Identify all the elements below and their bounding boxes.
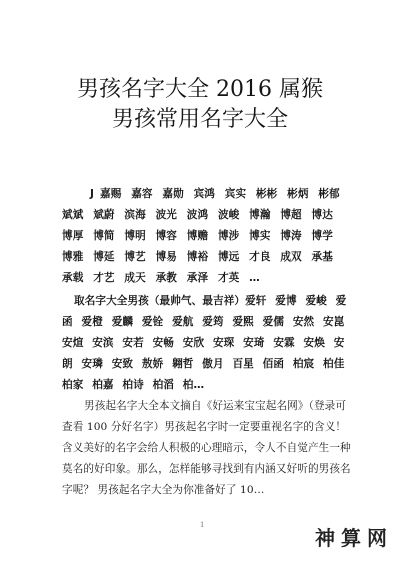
ellipsis: … xyxy=(249,272,260,284)
name-item: 安致 xyxy=(112,358,133,370)
name-item: 安崑 xyxy=(323,316,344,328)
name-item: 嘉勋 xyxy=(162,188,183,200)
name-item: 柏滔 xyxy=(153,379,174,391)
name-item: 才良 xyxy=(249,251,270,263)
name-item: 博学 xyxy=(312,230,333,242)
name-item: 安霖 xyxy=(273,337,294,349)
name-item: 博易 xyxy=(156,251,177,263)
name-item: 斌斌 xyxy=(62,209,83,221)
name-item: 博赡 xyxy=(187,230,208,242)
name-item: 成天 xyxy=(124,272,145,284)
name-item: 博明 xyxy=(124,230,145,242)
name-item: 敖娇 xyxy=(142,358,163,370)
name-item: 柏宸 xyxy=(293,358,314,370)
name-item: 博雅 xyxy=(62,251,83,263)
name-item: 波光 xyxy=(156,209,177,221)
name-item: 爱儒 xyxy=(263,316,284,328)
name-item: 爱麟 xyxy=(112,316,133,328)
name-item: 安璘 xyxy=(82,358,103,370)
name-item: 波鸿 xyxy=(187,209,208,221)
name-item: 安琛 xyxy=(213,337,234,349)
name-item: 宾鸿 xyxy=(194,188,215,200)
name-item: 安煊 xyxy=(62,337,83,349)
name-item: 彬炳 xyxy=(287,188,308,200)
name-item: 柏佳 xyxy=(323,358,344,370)
name-item: 柏… xyxy=(183,379,204,391)
name-item: 安滨 xyxy=(92,337,113,349)
name-item: 承基 xyxy=(312,251,333,263)
name-item: 斌蔚 xyxy=(93,209,114,221)
name-item: 安欣 xyxy=(183,337,204,349)
name-item: 爱轩 xyxy=(245,295,266,307)
name-item: 才艺 xyxy=(93,272,114,284)
name-item: 博裕 xyxy=(187,251,208,263)
name-item: 安焕 xyxy=(304,337,325,349)
name-item: 承泽 xyxy=(187,272,208,284)
name-item: 博涉 xyxy=(218,230,239,242)
name-item: 彬彬 xyxy=(256,188,277,200)
page-number: 1 xyxy=(200,521,204,529)
name-item: 博厚 xyxy=(62,230,83,242)
name-item: 傲月 xyxy=(202,358,223,370)
name-item: 爱峻 xyxy=(305,295,326,307)
name-item: 安畅 xyxy=(153,337,174,349)
name-item: 柏家 xyxy=(62,379,83,391)
name-item: 爱博 xyxy=(275,295,296,307)
name-item: 博达 xyxy=(312,209,333,221)
name-item: 博瀚 xyxy=(249,209,270,221)
name-item: 宾实 xyxy=(225,188,246,200)
name-item: 爱筠 xyxy=(202,316,223,328)
name-item: 爱航 xyxy=(172,316,193,328)
name-item: 滨海 xyxy=(124,209,145,221)
name-item: 博涛 xyxy=(280,230,301,242)
name-item: 博超 xyxy=(280,209,301,221)
name-item: 博容 xyxy=(156,230,177,242)
watermark-logo: 神算网 xyxy=(315,522,393,551)
boy-names-list-1: J嘉赐 嘉容 嘉勋 宾鸿 宾实 彬彬 彬炳 彬郁 斌斌 斌蔚 滨海 波光 波鸿 … xyxy=(62,184,352,289)
intro-text: 男孩起名字大全本文摘自《好运来宝宝起名网》（登录可查看 100 分好名字）男孩起… xyxy=(62,400,351,496)
name-item: 博延 xyxy=(93,251,114,263)
name-item: 嘉赐 xyxy=(100,188,121,200)
name-item: 彬郁 xyxy=(318,188,339,200)
name-item: 承载 xyxy=(62,272,83,284)
intro-paragraph: 男孩起名字大全本文摘自《好运来宝宝起名网》（登录可查看 100 分好名字）男孩起… xyxy=(62,396,352,501)
boy-names-list-2: 取名字大全男孩（最帅气、最吉祥）爱轩 爱博 爱峻 爱函 爱橙 爱麟 爱铨 爱航 … xyxy=(62,291,352,396)
name-item: 百星 xyxy=(232,358,253,370)
name-item: 博远 xyxy=(218,251,239,263)
name-item: 安若 xyxy=(122,337,143,349)
name-item: 柏诗 xyxy=(122,379,143,391)
name-item: 博艺 xyxy=(124,251,145,263)
name-item: 柏嘉 xyxy=(92,379,113,391)
section-heading: 取名字大全男孩（最帅气、最吉祥） xyxy=(74,295,245,307)
lead-marker: J xyxy=(90,188,94,200)
name-item: 嘉容 xyxy=(131,188,152,200)
name-item: 爱橙 xyxy=(82,316,103,328)
name-item: 博简 xyxy=(93,230,114,242)
name-item: 翱哲 xyxy=(172,358,193,370)
document-title-line2: 男孩常用名字大全 xyxy=(0,106,400,134)
name-item: 成双 xyxy=(280,251,301,263)
name-item: 博实 xyxy=(249,230,270,242)
name-item: 佰函 xyxy=(263,358,284,370)
name-item: 波峻 xyxy=(218,209,239,221)
name-item: 才英 xyxy=(218,272,239,284)
name-item: 安琦 xyxy=(243,337,264,349)
name-item: 承教 xyxy=(156,272,177,284)
name-item: 安然 xyxy=(293,316,314,328)
document-title-line1: 男孩名字大全 2016 属猴 xyxy=(0,76,400,104)
name-item: 爱铨 xyxy=(142,316,163,328)
name-item: 爱熙 xyxy=(232,316,253,328)
